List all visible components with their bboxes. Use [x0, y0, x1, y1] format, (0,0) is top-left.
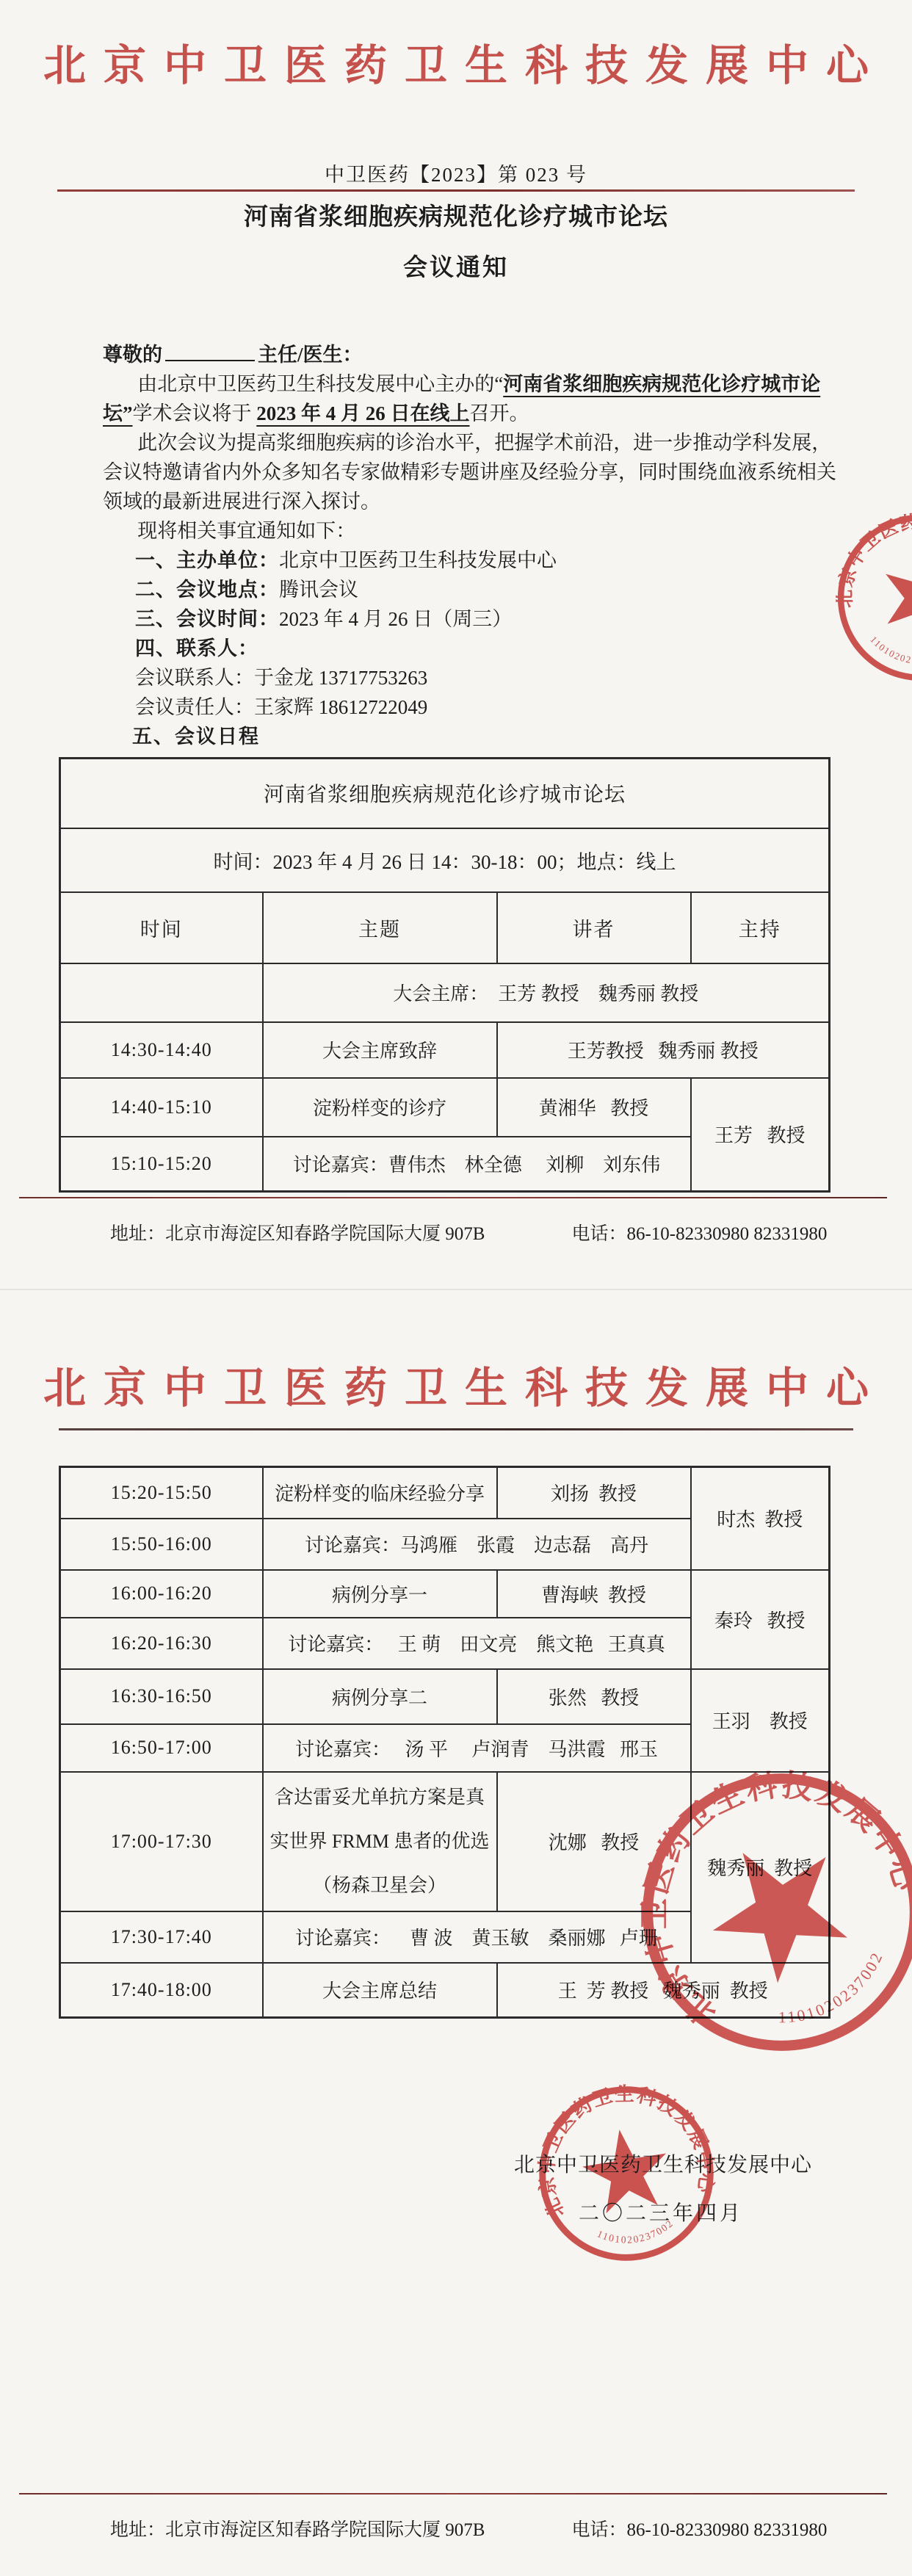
table-row-time: 15:20-15:50 — [60, 1467, 263, 1519]
table-row-host: 王芳 教授 — [691, 1078, 830, 1192]
paragraph-2: 此次会议为提高浆细胞疾病的诊治水平，把握学术前沿，进一步推动学科发展，会议特邀请… — [103, 428, 847, 516]
signature-date: 二〇二三年四月 — [579, 2199, 912, 2229]
table-subtitle: 时间：2023 年 4 月 26 日 14：30-18：00；地点：线上 — [60, 828, 830, 892]
table-row-time: 16:50-17:00 — [60, 1724, 263, 1772]
table-row-time: 14:40-15:10 — [60, 1078, 263, 1137]
item-3-value: 2023 年 4 月 26 日（周三） — [279, 608, 512, 630]
col-header-host: 主持 — [691, 892, 830, 963]
item-contacts: 四、联系人： — [103, 634, 847, 663]
table-row-speaker: 刘扬 教授 — [497, 1467, 691, 1519]
table-row-host: 魏秀丽 教授 — [691, 1772, 830, 1963]
item-host-unit: 一、主办单位：北京中卫医药卫生科技发展中心 — [103, 546, 847, 575]
chairman-row: 大会主席： 王芳 教授 魏秀丽 教授 — [263, 963, 830, 1022]
table-row-time: 15:50-16:00 — [60, 1519, 263, 1570]
table-row-topic: 病例分享一 — [263, 1570, 497, 1618]
org-title: 北京中卫医药卫生科技发展中心 — [18, 32, 912, 100]
item-2-label: 二、会议地点： — [135, 579, 279, 601]
para1-lead: 由北京中卫医药卫生科技发展中心主办的“ — [137, 373, 503, 395]
footer-phone: 电话：86-10-82330980 82331980 — [571, 1219, 827, 1245]
notice-title: 会议通知 — [0, 252, 912, 284]
table-row-speaker: 曹海峡 教授 — [497, 1570, 691, 1618]
item-1-value: 北京中卫医药卫生科技发展中心 — [279, 549, 557, 571]
table-row-discussion: 讨论嘉宾：马鸿雁 张霞 边志磊 高丹 — [263, 1519, 691, 1570]
item-1-label: 一、主办单位： — [135, 549, 279, 571]
table-row-host: 时杰 教授 — [691, 1467, 830, 1570]
para1-end: 召开。 — [470, 402, 529, 424]
footer-divider — [19, 1197, 887, 1198]
table-row-discussion: 讨论嘉宾： 曹 波 黄玉敏 桑丽娜 卢珊 — [263, 1911, 691, 1963]
red-divider — [57, 189, 855, 192]
table-row-discussion: 讨论嘉宾：曹伟杰 林全德 刘柳 刘东伟 — [263, 1137, 691, 1192]
salutation-prefix: 尊敬的 — [103, 344, 162, 366]
page-footer: 地址：北京市海淀区知春路学院国际大厦 907B 电话：86-10-8233098… — [0, 1197, 912, 1245]
name-blank-line — [165, 342, 255, 361]
letter-body: 尊敬的主任/医生： 由北京中卫医药卫生科技发展中心主办的“河南省浆细胞疾病规范化… — [103, 340, 847, 751]
contact-person-2: 会议责任人：王家辉 18612722049 — [103, 692, 847, 722]
page-1: 北京中卫医药卫生科技发展中心 中卫医药【2023】第 023 号 河南省浆细胞疾… — [0, 0, 912, 1290]
table-row-topic: 病例分享二 — [263, 1669, 497, 1724]
agenda-table-page2: 15:20-15:50 淀粉样变的临床经验分享 刘扬 教授 时杰 教授 15:5… — [59, 1466, 830, 2019]
forum-title: 河南省浆细胞疾病规范化诊疗城市论坛 — [0, 200, 912, 234]
contact-person-1: 会议联系人：于金龙 13717753263 — [103, 663, 847, 692]
dark-divider — [59, 1428, 853, 1430]
agenda-heading: 五、会议日程 — [103, 722, 847, 751]
table-row-time: 16:00-16:20 — [60, 1570, 263, 1618]
table-row-time: 17:00-17:30 — [60, 1772, 263, 1911]
paragraph-1: 由北京中卫医药卫生科技发展中心主办的“河南省浆细胞疾病规范化诊疗城市论坛”学术会… — [103, 369, 847, 428]
table-row-speaker: 沈娜 教授 — [497, 1772, 691, 1911]
signature-org: 北京中卫医药卫生科技发展中心 — [514, 2151, 912, 2180]
table-row-speaker: 黄湘华 教授 — [497, 1078, 691, 1137]
table-row-time: 16:20-16:30 — [60, 1618, 263, 1669]
item-time: 三、会议时间：2023 年 4 月 26 日（周三） — [103, 604, 847, 634]
page-2: 北京中卫医药卫生科技发展中心 15:20-15:50 淀粉样变的临床经验分享 刘… — [0, 1290, 912, 2576]
para1-date: 2023 年 4 月 26 日在线上 — [256, 402, 469, 424]
scanned-document: 北京中卫医药卫生科技发展中心 中卫医药【2023】第 023 号 河南省浆细胞疾… — [0, 0, 912, 2576]
table-row-host: 秦玲 教授 — [691, 1570, 830, 1669]
footer-address: 地址：北京市海淀区知春路学院国际大厦 907B — [110, 2515, 485, 2541]
table-row-speaker: 王芳教授 魏秀丽 教授 — [497, 1022, 830, 1078]
table-row-time: 17:40-18:00 — [60, 1963, 263, 2018]
document-number: 中卫医药【2023】第 023 号 — [0, 162, 912, 188]
item-2-value: 腾讯会议 — [279, 579, 358, 601]
table-row-time: 17:30-17:40 — [60, 1911, 263, 1963]
page-footer: 地址：北京市海淀区知春路学院国际大厦 907B 电话：86-10-8233098… — [0, 2493, 912, 2541]
table-row-discussion: 讨论嘉宾： 王 萌 田文亮 熊文艳 王真真 — [263, 1618, 691, 1669]
col-header-time: 时间 — [60, 892, 263, 963]
table-row-topic: 淀粉样变的诊疗 — [263, 1078, 497, 1137]
table-row-speaker: 王 芳 教授 魏秀丽 教授 — [497, 1963, 830, 2018]
org-title: 北京中卫医药卫生科技发展中心 — [18, 1355, 912, 1422]
agenda-table-page1: 河南省浆细胞疾病规范化诊疗城市论坛 时间：2023 年 4 月 26 日 14：… — [59, 757, 830, 1193]
empty-cell — [60, 963, 263, 1022]
table-row-time: 16:30-16:50 — [60, 1669, 263, 1724]
table-row-host: 王羽 教授 — [691, 1669, 830, 1772]
table-row-topic: 含达雷妥尤单抗方案是真实世界 FRMM 患者的优选（杨森卫星会） — [263, 1772, 497, 1911]
table-row-time: 14:30-14:40 — [60, 1022, 263, 1078]
table-row-topic: 大会主席总结 — [263, 1963, 497, 2018]
paragraph-3: 现将相关事宜通知如下： — [103, 516, 847, 546]
salutation-suffix: 主任/医生： — [258, 344, 363, 366]
table-row-topic: 大会主席致辞 — [263, 1022, 497, 1078]
footer-address: 地址：北京市海淀区知春路学院国际大厦 907B — [110, 1219, 485, 1245]
item-3-label: 三、会议时间： — [135, 608, 279, 630]
para1-mid: 学术会议将于 — [133, 402, 257, 424]
footer-phone: 电话：86-10-82330980 82331980 — [571, 2515, 827, 2541]
table-row-time: 15:10-15:20 — [60, 1137, 263, 1192]
svg-text:1101020237002: 1101020237002 — [865, 632, 912, 674]
footer-divider — [19, 2493, 887, 2494]
table-row-discussion: 讨论嘉宾： 汤 平 卢润青 马洪霞 邢玉 — [263, 1724, 691, 1772]
table-row-speaker: 张然 教授 — [497, 1669, 691, 1724]
col-header-speaker: 讲者 — [497, 892, 691, 963]
col-header-topic: 主题 — [263, 892, 497, 963]
item-location: 二、会议地点：腾讯会议 — [103, 575, 847, 604]
salutation: 尊敬的主任/医生： — [103, 340, 847, 369]
item-4-label: 四、联系人： — [135, 637, 258, 659]
table-row-topic: 淀粉样变的临床经验分享 — [263, 1467, 497, 1519]
table-title: 河南省浆细胞疾病规范化诊疗城市论坛 — [60, 759, 830, 828]
